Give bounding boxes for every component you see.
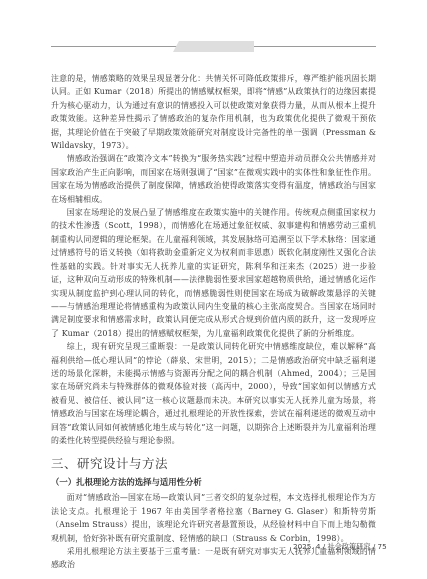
subsection-heading: （一）扎根理论方法的选择与适用性分析	[51, 476, 376, 489]
section-heading: 三、研究设计与方法	[51, 456, 376, 472]
paragraph: 面对“情感政治—国家在场—政策认同”三者交织的复杂过程，本文选择扎根理论作为方法…	[51, 491, 376, 545]
header-tab-decoration	[173, 41, 254, 52]
paragraph: 综上，现有研究呈现三重断裂：一是政策认同转化研究中情感维度缺位，难以解释“高福利…	[51, 340, 376, 447]
paragraph: 国家在场理论的发展凸显了情感维度在政策实施中的关键作用。传统观点侧重国家权力的技…	[51, 206, 376, 340]
paragraph: 情感政治强调在“政策冷文本”转换为“服务热实践”过程中塑造并动员群众公共情感并对…	[51, 152, 376, 206]
paragraph-continued: 注意的是，情感策略的效果呈现显著分化：共情关怀可降低政策排斥，尊严维护能巩固长期…	[51, 72, 376, 152]
article-body: 注意的是，情感策略的效果呈现显著分化：共情关怀可降低政策排斥，尊严维护能巩固长期…	[51, 72, 376, 572]
page-footer: 2025. 4 / 社会政策研究 / 75	[293, 542, 387, 552]
